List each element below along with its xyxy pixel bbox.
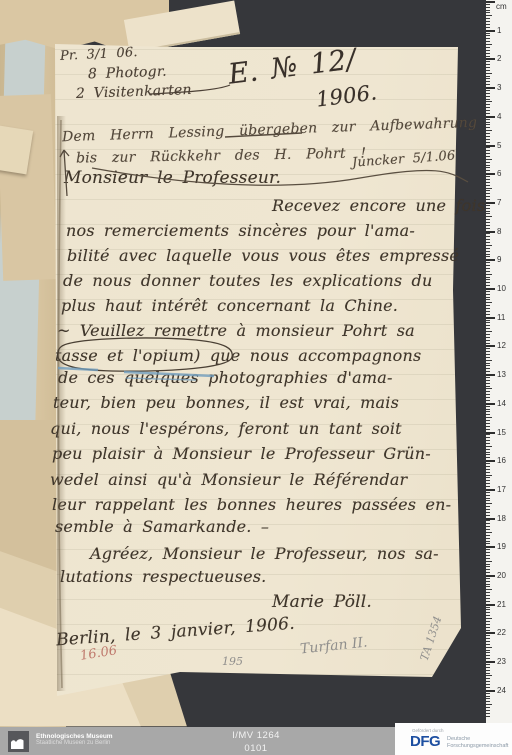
ruler-tick [486,159,492,160]
ruler-tick [486,394,490,395]
ruler-tick [486,188,492,189]
ruler-tick [486,710,490,711]
ruler-tick [486,423,490,424]
page-id: 0101 [196,743,316,754]
ruler-tick [486,153,490,154]
ruler-tick-label: 14 [497,399,511,408]
ruler-tick [486,641,490,642]
ruler-tick [486,627,490,628]
ruler-tick-label: 10 [497,284,511,293]
ruler-tick [486,460,495,462]
ruler-tick [486,598,490,599]
ruler-tick [486,512,490,513]
ruler-tick [486,569,490,570]
ruler-tick [486,411,490,412]
ruler-tick [486,681,490,682]
ruler-tick [486,325,490,326]
ruler-tick [486,572,490,573]
ruler-tick [486,400,490,401]
ruler-tick [486,406,490,407]
ruler-tick [486,259,495,261]
ruler-tick [486,420,490,421]
ruler-tick [486,523,490,524]
ruler-tick [486,506,490,507]
ruler-tick [486,391,490,392]
ruler-tick [486,704,492,705]
ruler-tick [486,466,490,467]
ruler-tick [486,584,490,585]
ruler-tick [486,27,490,28]
ruler-tick [486,515,490,516]
ruler-tick [486,463,490,464]
ruler-tick-label: 9 [497,255,511,264]
ruler-tick [486,345,495,347]
ruler-tick [486,274,492,275]
ruler-tick [486,388,492,389]
ruler-tick-label: 4 [497,112,511,121]
ruler-tick [486,348,490,349]
ruler-tick [486,70,490,71]
ruler-tick [486,374,495,376]
ruler-tick [486,589,492,590]
ruler-tick [486,575,495,577]
ruler-tick [486,549,490,550]
ruler-tick-label: 1 [497,26,511,35]
ruler-tick [486,165,490,166]
ruler-tick [486,205,490,206]
ruler-tick-label: 6 [497,169,511,178]
ruler-tick [486,331,492,332]
ruler-tick [486,509,490,510]
ruler-tick [486,268,490,269]
ruler-tick-label: 18 [497,514,511,523]
ruler-tick [486,30,495,32]
ruler-tick [486,179,490,180]
ruler-tick [486,225,490,226]
ruler-tick [486,182,490,183]
ruler-tick-label: 22 [497,628,511,637]
ruler-tick [486,655,490,656]
letter-body-line: lutations respectueuses. [60,567,266,586]
ruler-tick [486,437,490,438]
ruler-tick [486,469,490,470]
ruler-tick [486,58,495,60]
ruler-tick [486,701,490,702]
ruler-tick [486,248,490,249]
ruler-tick-label: 13 [497,370,511,379]
letter-body-line: de ces quelques photographies d'ama- [58,368,393,387]
ruler-tick-label: 17 [497,485,511,494]
ruler-tick [486,601,490,602]
museum-text: Ethnologisches Museum Staatliche Museen … [36,733,113,747]
ruler-tick [486,53,490,54]
salutation: Monsieur le Professeur. [64,168,281,188]
ruler-tick [486,661,495,663]
ruler-tick [486,529,490,530]
ruler-tick [486,452,490,453]
ruler-tick [486,377,490,378]
ruler-tick-label: 24 [497,686,511,695]
ruler-tick [486,609,490,610]
ruler-tick [486,667,490,668]
ruler-tick [486,81,490,82]
ruler-tick [486,170,490,171]
ruler-tick [486,297,490,298]
letter-body-line: leur rappelant les bonnes heures passées… [52,495,451,514]
ruler-tick [486,156,490,157]
letter-body-line: Agréez, Monsieur le Professeur, nos sa- [90,544,439,563]
ruler-tick [486,228,490,229]
ruler-tick [486,383,490,384]
ruler-tick [486,426,490,427]
ruler-tick [486,624,490,625]
ruler-tick [486,173,495,175]
ruler-tick [486,357,490,358]
ruler-tick [486,142,490,143]
ruler-tick-label: 7 [497,198,511,207]
ruler-tick-label: 3 [497,83,511,92]
ruler-tick [486,543,490,544]
ruler-tick [486,340,490,341]
ruler-tick [486,90,490,91]
ruler-tick [486,231,495,233]
ruler-tick [486,360,492,361]
ruler-tick [486,107,490,108]
ruler-tick [486,256,490,257]
ruler-tick [486,190,490,191]
ruler-tick [486,503,492,504]
ruler-tick [486,698,490,699]
item-id: I/MV 1264 [196,730,316,741]
ruler-tick [486,446,492,447]
ruler-tick [486,67,490,68]
ruler-tick [486,56,490,57]
ruler-tick [486,578,490,579]
ruler-tick [486,351,490,352]
ruler-tick [486,285,490,286]
ruler-tick [486,21,490,22]
ruler-tick [486,693,490,694]
ruler-tick [486,202,495,204]
ruler-tick [486,638,490,639]
ruler-tick [486,586,490,587]
ruler-tick [486,498,490,499]
ruler-tick [486,658,490,659]
dfg-org-line2: Forschungsgemeinschaft [447,743,508,749]
ruler-tick [486,368,490,369]
ruler-tick [486,532,492,533]
ruler-tick [486,64,490,65]
ruler-tick [486,99,490,100]
ruler-tick [486,93,490,94]
ruler-tick [486,489,495,491]
ruler-tick [486,607,490,608]
ruler-tick [486,110,490,111]
ruler-unit-label: cm [496,2,507,11]
ruler-tick [486,122,490,123]
ruler-tick [486,449,490,450]
ruler-tick [486,417,492,418]
ruler-tick [486,33,490,34]
dfg-org-name: Deutsche Forschungsgemeinschaft [447,736,508,749]
ruler-tick [486,526,490,527]
letter-body-line: qui, nous l'espérons, feront un tant soi… [50,419,402,438]
ruler-tick [486,707,490,708]
ruler-tick [486,271,490,272]
ruler-tick [486,713,490,714]
ruler-tick [486,41,490,42]
ruler-tick [486,130,492,131]
paper-scrap [0,94,57,281]
ruler-tick [486,116,495,118]
museum-name: Ethnologisches Museum [36,733,113,740]
ruler-tick [486,650,490,651]
ruler-tick [486,647,492,648]
ruler-tick [486,35,490,36]
ruler-tick [486,443,490,444]
ruler-tick [486,541,490,542]
ruler-tick [486,265,490,266]
ruler-tick [486,262,490,263]
ruler-tick [486,561,492,562]
ruler-tick-label: 15 [497,428,511,437]
ruler-tick [486,311,490,312]
ruler-tick [486,147,490,148]
ruler-tick [486,133,490,134]
ruler-tick [486,520,490,521]
dfg-logo: DFG [410,733,440,750]
ruler-tick [486,308,490,309]
ruler-tick [486,302,492,303]
ruler-tick [486,483,490,484]
letter-body-line: plus haut intérêt concernant la Chine. [61,296,398,315]
ruler-tick [486,495,490,496]
ruler-tick [486,322,490,323]
ruler-tick [486,477,490,478]
ruler-tick [486,566,490,567]
ruler-tick-label: 5 [497,141,511,150]
ruler-tick [486,363,490,364]
ruler-tick [486,612,490,613]
ruler-tick [486,317,495,319]
ruler-tick [486,50,490,51]
ruler-tick [486,145,495,147]
ruler-tick [486,621,490,622]
ruler-tick [486,245,492,246]
ruler-tick [486,687,490,688]
ruler-tick [486,343,490,344]
ruler-tick [486,213,490,214]
ruler-tick [486,518,495,520]
ruler-tick [486,208,490,209]
letter-body-line: wedel ainsi qu'à Monsieur le Référendar [50,470,407,489]
ruler-tick [486,403,495,405]
letter-body-line: Recevez encore une fois [272,196,485,215]
ruler-tick [486,365,490,366]
ruler-tick [486,101,492,102]
ruler-tick [486,486,490,487]
ruler-tick-label: 8 [497,227,511,236]
ruler-tick [486,251,490,252]
ruler-tick [486,18,490,19]
ruler-tick [486,44,492,45]
letter-body-line: teur, bien peu bonnes, il est vrai, mais [53,393,399,412]
ruler-tick [486,434,490,435]
ruler-tick [486,615,490,616]
letter-body-line: de nous donner toutes les explications d… [63,271,432,290]
ruler-tick [486,371,490,372]
ruler-tick [486,546,495,548]
ruler-tick [486,581,490,582]
ruler-tick [486,397,490,398]
ruler-tick [486,136,490,137]
ruler-tick [486,176,490,177]
ruler-tick [486,409,490,410]
ruler-tick [486,604,495,606]
ruler-tick [486,282,490,283]
ruler-tick [486,429,490,430]
letter-body-line: peu plaisir à Monsieur le Professeur Grü… [52,444,431,463]
ruler-tick [486,78,490,79]
ruler-tick-label: 2 [497,54,511,63]
funding-block: Gefördert durch DFG Deutsche Forschungsg… [395,723,512,755]
document-ids: I/MV 1264 0101 [196,730,316,754]
ruler-tick [486,38,490,39]
ruler-tick [486,196,490,197]
ruler-tick [486,216,492,217]
ruler-tick [486,139,490,140]
ruler-tick [486,162,490,163]
signature: Marie Pöll. [272,592,372,612]
ruler-tick [486,475,492,476]
scanned-document-page: Pr. 3/1 06. 8 Photogr. 2 Visitenkarten E… [0,0,512,755]
museum-logo-icon [8,731,29,752]
ruler-tick [486,564,490,565]
ruler: cm 1234567891011121314151617181920212223… [486,0,512,723]
ruler-tick [486,185,490,186]
ruler-tick [486,47,490,48]
ruler-tick [486,320,490,321]
ruler-tick [486,4,490,5]
ruler-tick [486,24,490,25]
ruler-tick-label: 16 [497,456,511,465]
ruler-tick [486,538,490,539]
ruler-tick [486,472,490,473]
ruler-tick-label: 11 [497,313,511,322]
annotation-photos: 8 Photogr. [88,64,167,83]
ruler-tick [486,87,495,89]
ruler-tick [486,457,490,458]
ruler-tick [486,84,490,85]
ruler-tick [486,535,490,536]
ruler-tick [486,618,492,619]
ruler-tick [486,219,490,220]
ruler-tick [486,558,490,559]
ruler-tick [486,294,490,295]
ruler-tick [486,337,490,338]
pencil-page-number: 195 [222,655,243,668]
ruler-tick [486,113,490,114]
ruler-tick [486,73,492,74]
ruler-tick [486,635,490,636]
ruler-tick [486,454,490,455]
ruler-tick [486,630,490,631]
ruler-tick [486,632,495,634]
ruler-tick [486,299,490,300]
ruler-tick [486,414,490,415]
ruler-tick [486,696,490,697]
ruler-tick [486,552,490,553]
ruler-tick [486,242,490,243]
ruler-tick [486,334,490,335]
ruler-tick [486,305,490,306]
ruler-tick [486,678,490,679]
ruler-tick [486,96,490,97]
ruler-tick [486,592,490,593]
ruler-tick [486,222,490,223]
ruler-tick [486,595,490,596]
ruler-tick [486,254,490,255]
ruler-tick [486,277,490,278]
ruler-tick-label: 19 [497,542,511,551]
letter-body-line: semble à Samarkande. – [55,517,269,536]
museum-org: Staatliche Museen zu Berlin [36,740,113,747]
ruler-tick [486,119,490,120]
ruler-tick [486,386,490,387]
ruler-tick [486,500,490,501]
ruler-tick [486,193,490,194]
ruler-tick [486,492,490,493]
ruler-tick [486,432,495,434]
museum-logo [8,731,29,752]
ruler-tick [486,279,490,280]
ruler-tick [486,328,490,329]
ruler-tick-label: 21 [497,600,511,609]
ruler-tick [486,555,490,556]
ruler-tick [486,127,490,128]
ruler-tick [486,239,490,240]
ruler-tick [486,12,490,13]
ruler-tick [486,675,492,676]
ruler-tick [486,664,490,665]
ruler-tick [486,288,495,290]
ruler-tick [486,236,490,237]
letter-body-line: tasse et l'opium) que nous accompagnons [55,346,421,365]
ruler-tick [486,684,490,685]
ruler-tick [486,690,495,692]
letter-body-line: ~ Veuillez remettre à monsieur Pohrt sa [57,321,415,340]
letter-body-line: bilité avec laquelle vous vous êtes empr… [67,246,459,265]
letter-body-line: nos remerciements sincères pour l'ama- [66,221,415,240]
ruler-tick [486,440,490,441]
ruler-tick [486,104,490,105]
ruler-tick-label: 23 [497,657,511,666]
ruler-tick [486,76,490,77]
ruler-tick [486,670,490,671]
ruler-tick [486,291,490,292]
ruler-tick [486,61,490,62]
ruler-tick [486,314,490,315]
ruler-tick [486,10,490,11]
ruler-tick [486,480,490,481]
ruler-tick [486,167,490,168]
ruler-tick [486,380,490,381]
ruler-tick [486,150,490,151]
ruler-tick [486,652,490,653]
ruler-tick [486,1,495,3]
ruler-tick [486,124,490,125]
ruler-tick [486,673,490,674]
